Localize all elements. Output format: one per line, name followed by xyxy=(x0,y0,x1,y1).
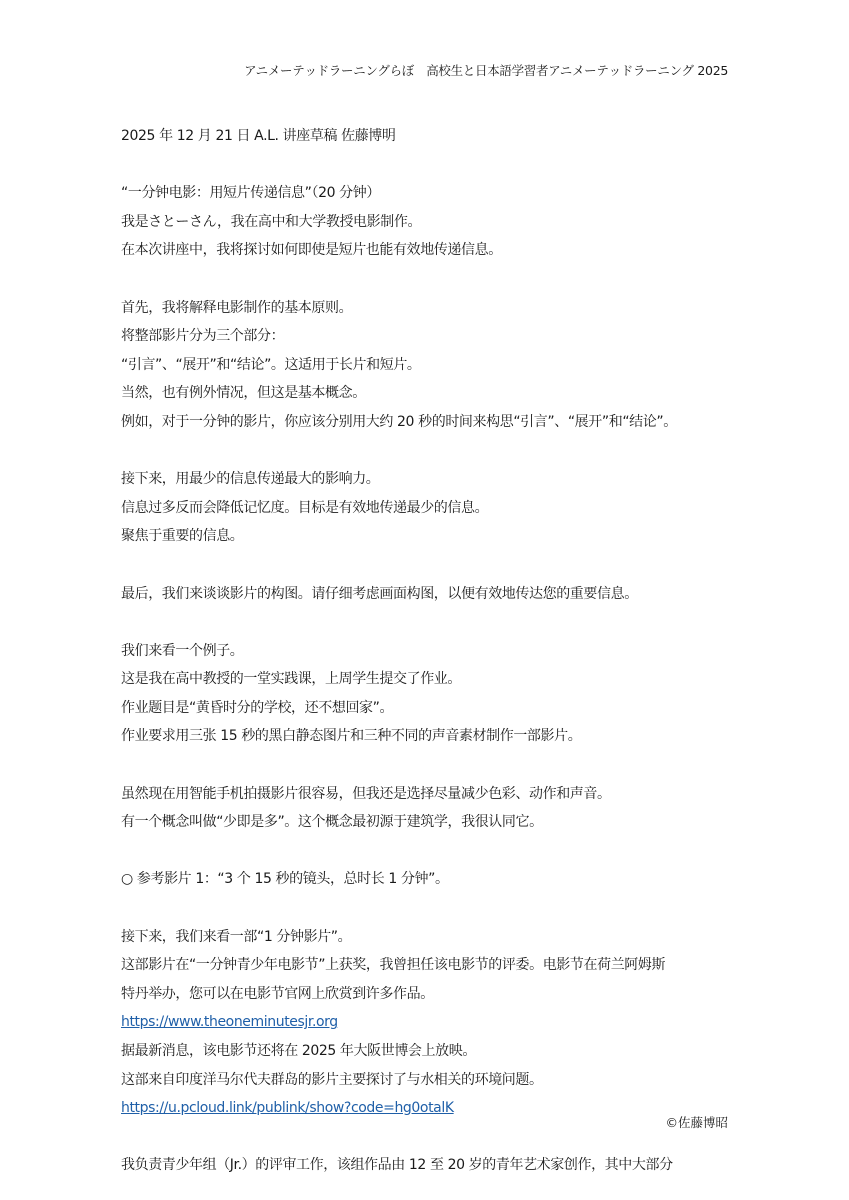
text-line: 信息过多反而会降低记忆度。目标是有效地传递最少的信息。 xyxy=(121,494,741,523)
text-line: 最后，我们来谈谈影片的构图。请仔细考虑画面构图，以便有效地传达您的重要信息。 xyxy=(121,580,741,609)
spacer xyxy=(121,151,741,180)
text-line: 这部来自印度洋马尔代夫群岛的影片主要探讨了与水相关的环境问题。 xyxy=(121,1066,741,1095)
page-header: アニメーテッドラーニングらぼ 高校生と日本語学習者アニメーテッドラーニング 20… xyxy=(244,61,728,79)
text-line: 这部影片在“一分钟青少年电影节”上获奖，我曾担任该电影节的评委。电影节在荷兰阿姆… xyxy=(121,951,741,980)
spacer xyxy=(121,751,741,780)
text-line: 在本次讲座中，我将探讨如何即使是短片也能有效地传递信息。 xyxy=(121,236,741,265)
text-line: 例如，对于一分钟的影片，你应该分别用大约 20 秒的时间来构思“引言”、“展开”… xyxy=(121,408,741,437)
festival-link[interactable]: https://www.theoneminutesjr.org xyxy=(121,1014,338,1030)
spacer xyxy=(121,437,741,466)
text-line: ○ 参考影片 1：“3 个 15 秒的镜头，总时长 1 分钟”。 xyxy=(121,865,741,894)
text-line: “一分钟电影：用短片传递信息”（20 分钟） xyxy=(121,179,741,208)
pcloud-link[interactable]: https://u.pcloud.link/publink/show?code=… xyxy=(121,1100,454,1116)
paragraph-lines: “一分钟电影：用短片传递信息”（20 分钟）我是さとーさん，我在高中和大学教授电… xyxy=(121,179,741,1008)
spacer xyxy=(121,1123,741,1152)
date-line: 2025 年 12 月 21 日 A.L. 讲座草稿 佐藤博明 xyxy=(121,122,741,151)
text-line: 我是さとーさん，我在高中和大学教授电影制作。 xyxy=(121,208,741,237)
text-line: 这是我在高中教授的一堂实践课，上周学生提交了作业。 xyxy=(121,665,741,694)
text-line: 虽然现在用智能手机拍摄影片很容易，但我还是选择尽量减少色彩、动作和声音。 xyxy=(121,780,741,809)
spacer xyxy=(121,265,741,294)
text-line: 特丹举办，您可以在电影节官网上欣赏到许多作品。 xyxy=(121,980,741,1009)
text-line: 首先，我将解释电影制作的基本原则。 xyxy=(121,294,741,323)
paragraph-lines-2: 据最新消息，该电影节还将在 2025 年大阪世博会上放映。这部来自印度洋马尔代夫… xyxy=(121,1037,741,1094)
text-line: 接下来，我们来看一部“1 分钟影片”。 xyxy=(121,923,741,952)
spacer xyxy=(121,551,741,580)
text-line: 聚焦于重要的信息。 xyxy=(121,522,741,551)
text-line: 我们来看一个例子。 xyxy=(121,637,741,666)
text-line: 接下来，用最少的信息传递最大的影响力。 xyxy=(121,465,741,494)
document-body: 2025 年 12 月 21 日 A.L. 讲座草稿 佐藤博明 “一分钟电影：用… xyxy=(121,122,741,1180)
text-line: 作业要求用三张 15 秒的黑白静态图片和三种不同的声音素材制作一部影片。 xyxy=(121,722,741,751)
text-line: 将整部影片分为三个部分： xyxy=(121,322,741,351)
text-line: 有一个概念叫做“少即是多”。这个概念最初源于建筑学，我很认同它。 xyxy=(121,808,741,837)
text-line: “引言”、“展开”和“结论”。这适用于长片和短片。 xyxy=(121,351,741,380)
final-line: 我负责青少年组（Jr.）的评审工作，该组作品由 12 至 20 岁的青年艺术家创… xyxy=(121,1151,741,1180)
spacer xyxy=(121,837,741,866)
spacer xyxy=(121,894,741,923)
text-line: 作业题目是“黄昏时分的学校，还不想回家”。 xyxy=(121,694,741,723)
copyright-footer: ©佐藤博昭 xyxy=(665,1113,728,1131)
spacer xyxy=(121,608,741,637)
text-line: 据最新消息，该电影节还将在 2025 年大阪世博会上放映。 xyxy=(121,1037,741,1066)
text-line: 当然，也有例外情况，但这是基本概念。 xyxy=(121,379,741,408)
